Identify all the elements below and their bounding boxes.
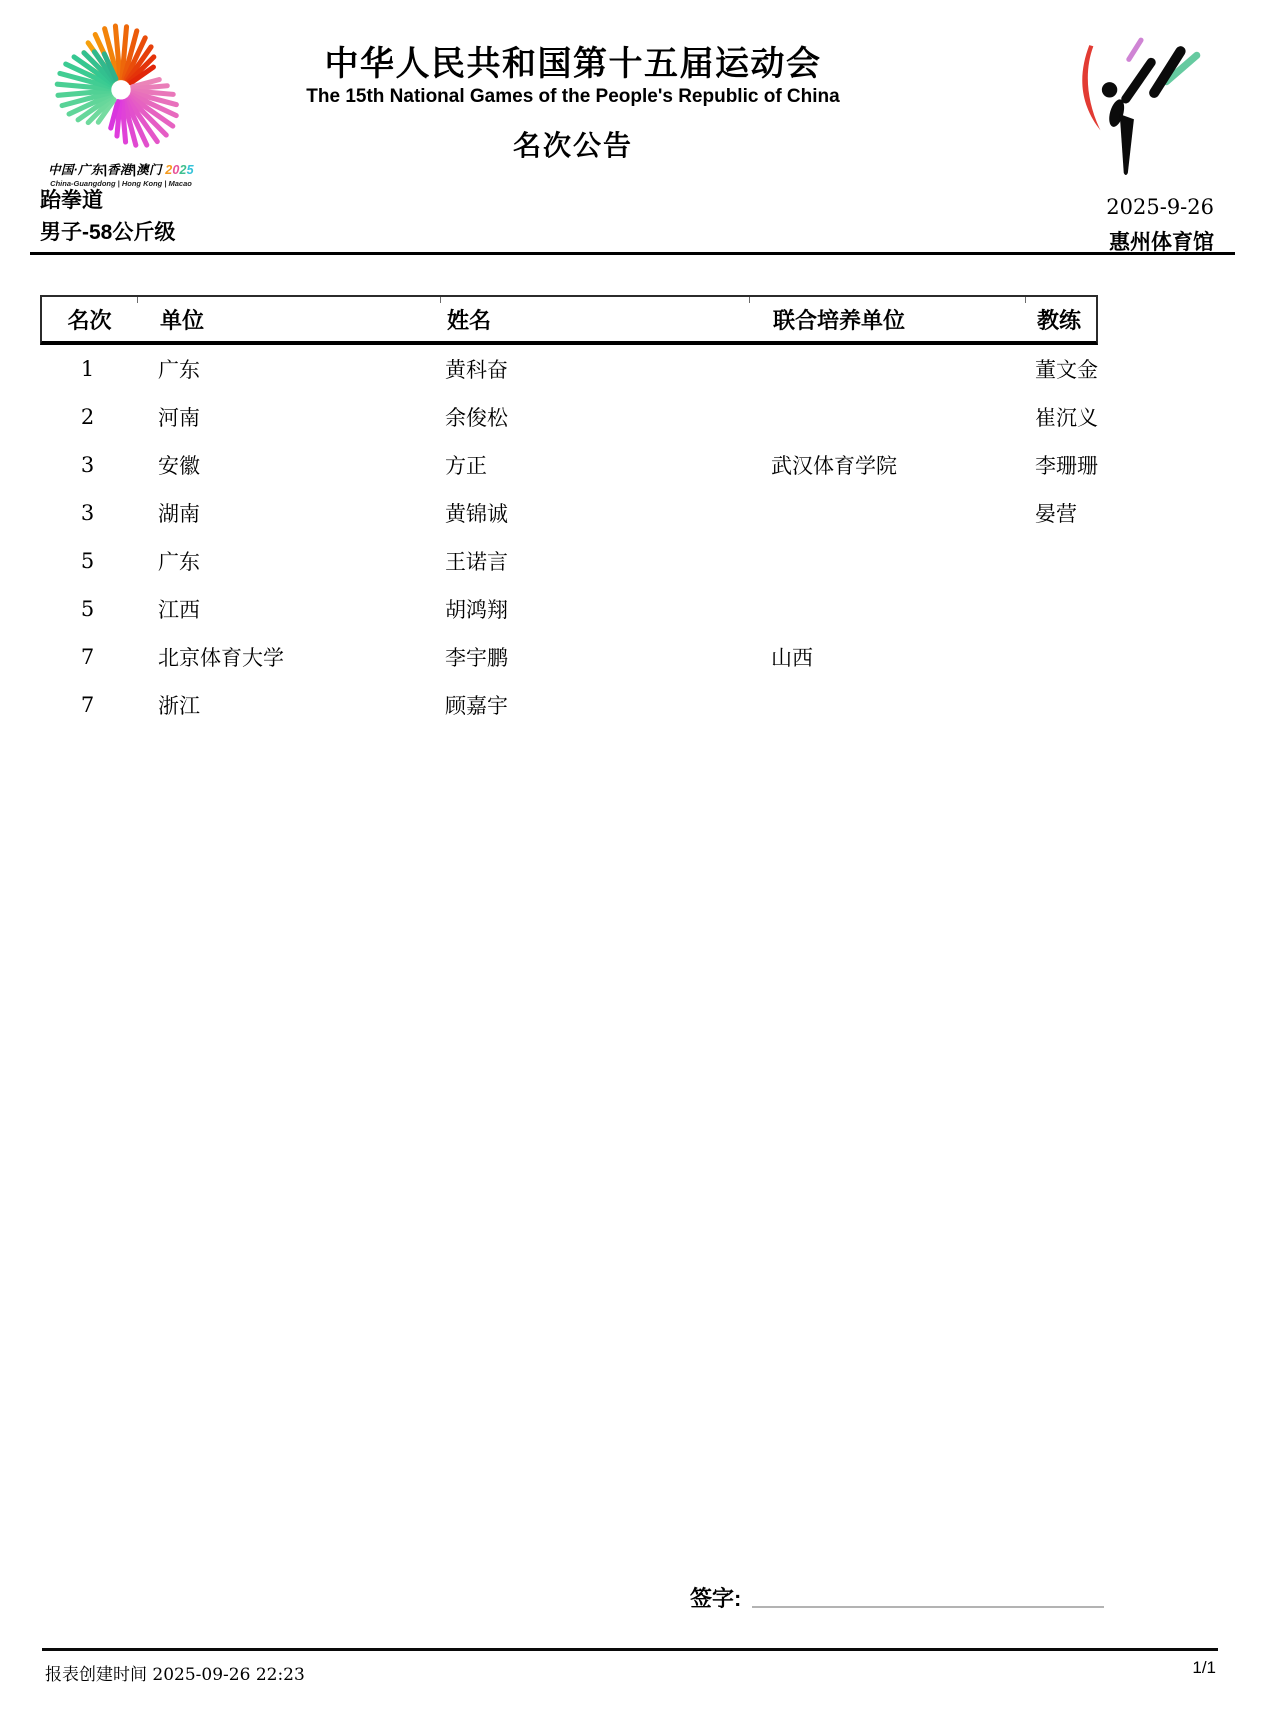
footer-divider [42,1648,1218,1651]
name-cell: 李宇鹏 [438,642,747,672]
event-date: 2025-9-26 [1106,195,1214,219]
rank-cell: 7 [40,645,135,669]
column-header-rank: 名次 [42,304,137,335]
games-title-cn: 中华人民共和国第十五届运动会 [150,44,996,84]
unit-cell: 河南 [135,402,438,432]
coach-cell: 崔沉义 [1023,402,1098,432]
coach-cell: 晏营 [1023,498,1098,528]
games-title-en: The 15th National Games of the People's … [150,85,996,109]
page-title: 名次公告 [150,124,996,164]
pink-brush-stroke [1129,40,1141,59]
table-row: 5 江西 胡鸿翔 [40,585,1098,633]
rank-cell: 3 [40,453,135,477]
unit-cell: 广东 [135,354,438,384]
ranking-announcement-document: 中国·广东|香港|澳门 2025 China-Guangdong | Hong … [0,0,1264,1729]
signature-label: 签字: [690,1582,741,1613]
table-row: 7 浙江 顾嘉宇 [40,681,1098,729]
results-table: 名次 单位 姓名 联合培养单位 教练 1 广东 黄科奋 董文金 2 河南 余俊松 [40,295,1098,729]
column-divider-tick [440,297,441,303]
unit-cell: 广东 [135,546,438,576]
table-row: 5 广东 王诺言 [40,537,1098,585]
report-created-timestamp: 报表创建时间 2025-09-26 22:23 [45,1660,305,1685]
name-cell: 余俊松 [438,402,747,432]
unit-cell: 浙江 [135,690,438,720]
taekwondo-pictogram-icon [1078,32,1202,176]
column-divider-tick [749,297,750,303]
red-brush-stroke [1082,45,1100,130]
athlete-figure [1102,51,1181,175]
joint-unit-cell: 武汉体育学院 [747,450,1023,480]
table-row: 1 广东 黄科奋 董文金 [40,345,1098,393]
games-logo-year: 2025 [165,163,194,177]
column-header-coach: 教练 [1025,304,1100,335]
table-row: 7 北京体育大学 李宇鹏 山西 [40,633,1098,681]
rank-cell: 2 [40,405,135,429]
joint-unit-cell: 山西 [747,642,1023,672]
sport-label: 跆拳道 [40,184,103,214]
games-logo-region-text: 中国·广东|香港|澳门 [48,163,161,177]
header-divider [30,252,1235,255]
coach-cell: 李珊珊 [1023,450,1098,480]
column-divider-tick [137,297,138,303]
unit-cell: 北京体育大学 [135,642,438,672]
column-divider-tick [1025,297,1026,303]
column-header-name: 姓名 [440,304,749,335]
name-cell: 方正 [438,450,747,480]
name-cell: 胡鸿翔 [438,594,747,624]
coach-cell: 董文金 [1023,354,1098,384]
rank-cell: 1 [40,357,135,381]
table-body: 1 广东 黄科奋 董文金 2 河南 余俊松 崔沉义 3 安徽 方正 武汉体育学院… [40,345,1098,729]
rank-cell: 3 [40,501,135,525]
signature-line [752,1606,1104,1608]
name-cell: 黄锦诚 [438,498,747,528]
table-header-row: 名次 单位 姓名 联合培养单位 教练 [40,295,1098,345]
name-cell: 王诺言 [438,546,747,576]
table-row: 2 河南 余俊松 崔沉义 [40,393,1098,441]
rank-cell: 5 [40,597,135,621]
page-number: 1/1 [1192,1658,1216,1678]
column-header-joint-unit: 联合培养单位 [749,304,1025,335]
rank-cell: 5 [40,549,135,573]
rank-cell: 7 [40,693,135,717]
document-header: 中华人民共和国第十五届运动会 The 15th National Games o… [150,44,996,164]
name-cell: 顾嘉宇 [438,690,747,720]
name-cell: 黄科奋 [438,354,747,384]
unit-cell: 江西 [135,594,438,624]
weight-category-label: 男子-58公斤级 [40,216,175,246]
unit-cell: 湖南 [135,498,438,528]
column-header-unit: 单位 [137,304,440,335]
unit-cell: 安徽 [135,450,438,480]
table-row: 3 安徽 方正 武汉体育学院 李珊珊 [40,441,1098,489]
emblem-ray [122,102,126,142]
table-row: 3 湖南 黄锦诚 晏营 [40,489,1098,537]
